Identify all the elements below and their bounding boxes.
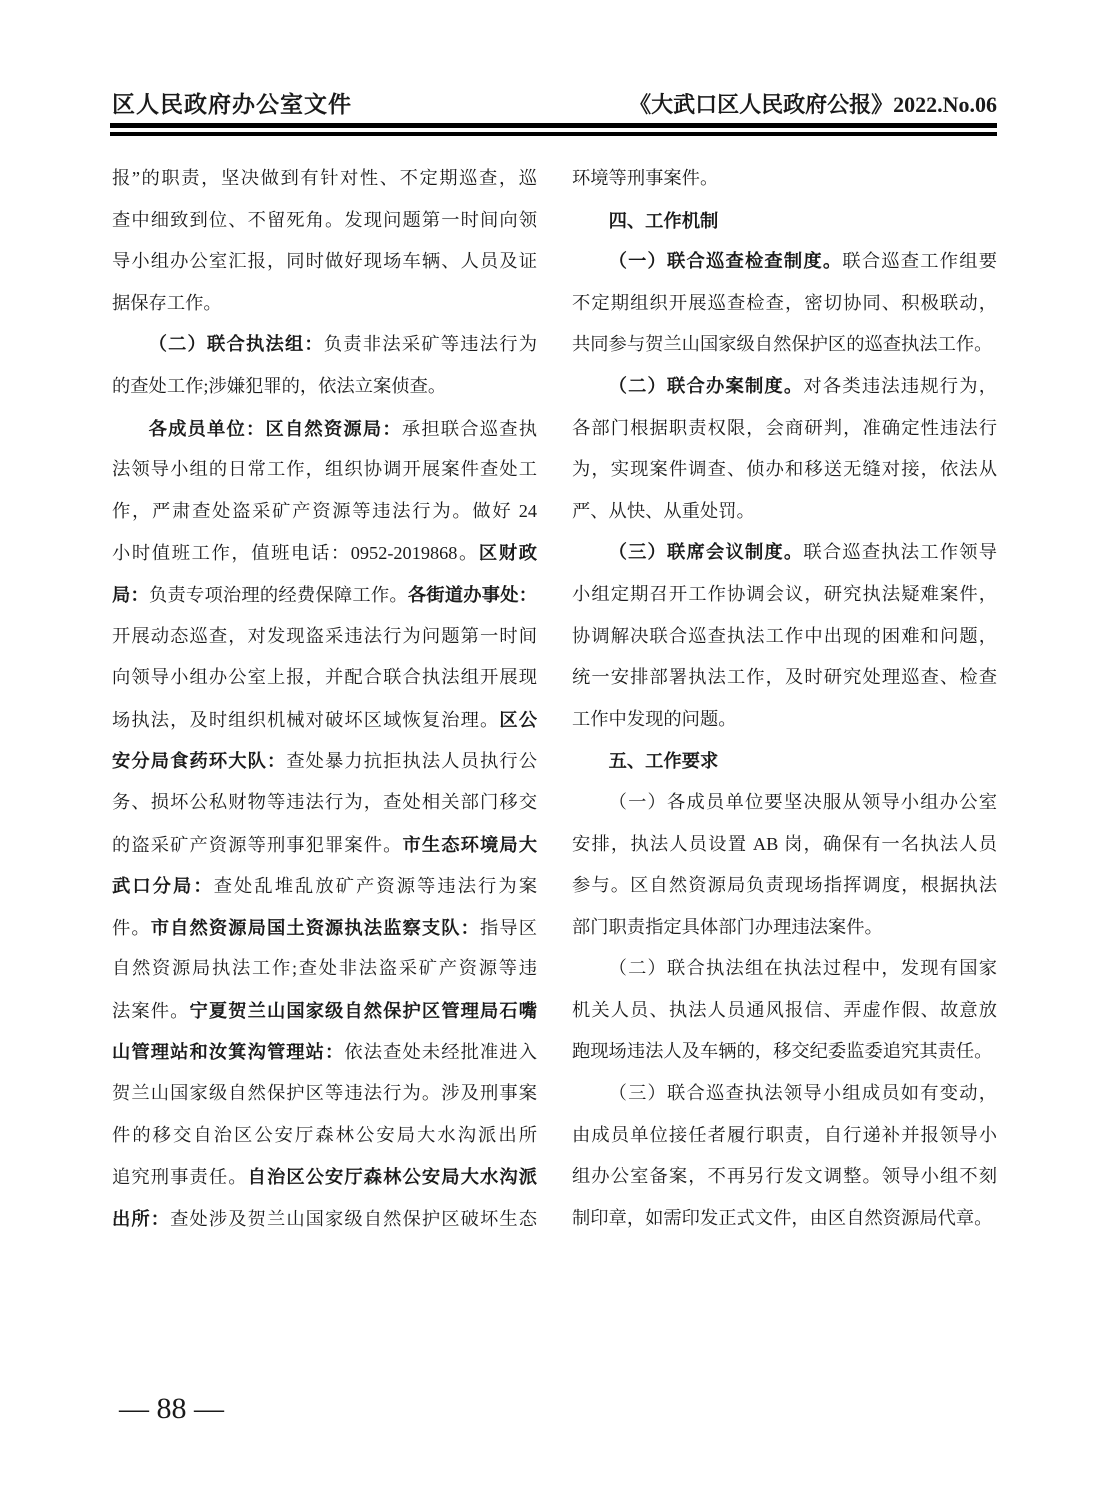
text-run: 法案件。: [112, 1001, 189, 1021]
text-line: 统一安排部署执法工作，及时研究处理巡查、检查: [572, 657, 997, 699]
text-line: 山管理站和汝箕沟管理站：依法查处未经批准进入: [112, 1031, 537, 1073]
text-run: 法领导小组的日常工作，组织协调开展案件查处工: [112, 459, 537, 479]
document-body: 报”的职责，坚决做到有针对性、不定期巡查，巡查中细致到位、不留死角。发现问题第一…: [112, 158, 997, 1239]
text-line: （一）联合巡查检查制度。联合巡查工作组要: [572, 241, 997, 283]
page-footer: — 88 —: [119, 1392, 224, 1426]
emphasis-run: 安分局食药环大队：: [112, 750, 286, 771]
text-run: 查处涉及贺兰山国家级自然保护区破坏生态: [170, 1209, 537, 1229]
text-line: 协调解决联合巡查执法工作中出现的困难和问题，: [572, 616, 997, 658]
text-run: 件。: [112, 918, 151, 938]
text-run: 负责非法采矿等违法行为: [324, 334, 537, 354]
text-line: 的盗采矿产资源等刑事犯罪案件。市生态环境局大: [112, 824, 537, 866]
text-run: 组办公室备案，不再另行发文调整。领导小组不刻: [572, 1166, 997, 1186]
emphasis-run: 四、工作机制: [609, 210, 719, 231]
text-run: 制印章，如需印发正式文件，由区自然资源局代章。: [572, 1208, 992, 1228]
text-run: 自然资源局执法工作;查处非法盗采矿产资源等违: [112, 958, 537, 978]
text-line: 安排，执法人员设置 AB 岗，确保有一名执法人员: [572, 824, 997, 866]
text-run: 工作中发现的问题。: [572, 709, 737, 729]
emphasis-run: 武口分局：: [112, 875, 214, 896]
emphasis-run: 各街道办事处：: [408, 584, 537, 605]
left-column: 报”的职责，坚决做到有针对性、不定期巡查，巡查中细致到位、不留死角。发现问题第一…: [112, 158, 537, 1239]
paragraph: （一）联合巡查检查制度。联合巡查工作组要不定期组织开展巡查检查，密切协同、积极联…: [572, 241, 997, 366]
page-header: 区人民政府办公室文件 《大武口区人民政府公报》2022.No.06: [112, 86, 997, 119]
header-right-gazette-title: 《大武口区人民政府公报》2022.No.06: [629, 88, 997, 119]
emphasis-run: （一）联合巡查检查制度。: [609, 251, 843, 271]
text-run: 安排，执法人员设置 AB 岗，确保有一名执法人员: [572, 834, 997, 854]
text-run: 统一安排部署执法工作，及时研究处理巡查、检查: [572, 667, 997, 687]
text-run: 追究刑事责任。: [112, 1167, 248, 1187]
text-run: 跑现场违法人及车辆的，移交纪委监委追究其责任。: [572, 1041, 992, 1061]
text-run: （三）联合巡查执法领导小组成员如有变动，: [609, 1083, 997, 1103]
emphasis-run: 五、工作要求: [609, 750, 719, 771]
paragraph: （一）各成员单位要坚决服从领导小组办公室安排，执法人员设置 AB 岗，确保有一名…: [572, 782, 997, 948]
text-run: 开展动态巡查，对发现盗采违法行为问题第一时间: [112, 626, 537, 646]
text-line: 各部门根据职责权限，会商研判，准确定性违法行: [572, 408, 997, 450]
text-line: 法案件。宁夏贺兰山国家级自然保护区管理局石嘴: [112, 990, 537, 1032]
text-line: 制印章，如需印发正式文件，由区自然资源局代章。: [572, 1198, 997, 1240]
text-run: 负责专项治理的经费保障工作。: [149, 585, 408, 605]
text-line: 各成员单位：区自然资源局：承担联合巡查执: [112, 408, 537, 450]
text-line: 查中细致到位、不留死角。发现问题第一时间向领: [112, 200, 537, 242]
text-line: 安分局食药环大队：查处暴力抗拒执法人员执行公: [112, 740, 537, 782]
text-run: 的查处工作;涉嫌犯罪的，依法立案侦查。: [112, 376, 446, 396]
emphasis-run: 区公: [499, 709, 537, 730]
right-column: 环境等刑事案件。四、工作机制（一）联合巡查检查制度。联合巡查工作组要不定期组织开…: [572, 158, 997, 1239]
text-run: 参与。区自然资源局负责现场指挥调度，根据执法: [572, 875, 997, 895]
text-line: 机关人员、执法人员通风报信、弄虚作假、故意放: [572, 990, 997, 1032]
text-run: 依法查处未经批准进入: [344, 1042, 537, 1062]
text-run: 承担联合巡查执: [402, 419, 537, 439]
text-run: 小时值班工作，值班电话：0952-2019868。: [112, 543, 479, 563]
text-run: 由成员单位接任者履行职责，自行递补并报领导小: [572, 1125, 997, 1145]
text-run: 不定期组织开展巡查检查，密切协同、积极联动，: [572, 293, 997, 313]
text-line: 小时值班工作，值班电话：0952-2019868。区财政: [112, 532, 537, 574]
text-run: 各部门根据职责权限，会商研判，准确定性违法行: [572, 418, 997, 438]
text-run: 部门职责指定具体部门办理违法案件。: [572, 917, 883, 937]
text-line: 件。市自然资源局国土资源执法监察支队：指导区: [112, 907, 537, 949]
emphasis-run: 山管理站和汝箕沟管理站：: [112, 1041, 344, 1062]
text-line: 由成员单位接任者履行职责，自行递补并报领导小: [572, 1115, 997, 1157]
page-number: — 88 —: [119, 1392, 224, 1425]
text-run: 导小组办公室汇报，同时做好现场车辆、人员及证: [112, 251, 537, 271]
paragraph: （二）联合执法组在执法过程中，发现有国家机关人员、执法人员通风报信、弄虚作假、故…: [572, 948, 997, 1073]
paragraph: 环境等刑事案件。: [572, 158, 997, 200]
text-line: 共同参与贺兰山国家级自然保护区的巡查执法工作。: [572, 324, 997, 366]
text-run: 报”的职责，坚决做到有针对性、不定期巡查，巡: [112, 168, 537, 188]
paragraph: （二）联合执法组：负责非法采矿等违法行为的查处工作;涉嫌犯罪的，依法立案侦查。: [112, 324, 537, 407]
text-line: 部门职责指定具体部门办理违法案件。: [572, 907, 997, 949]
text-run: 小组定期召开工作协调会议，研究执法疑难案件，: [572, 584, 997, 604]
text-line: 法领导小组的日常工作，组织协调开展案件查处工: [112, 449, 537, 491]
paragraph: 四、工作机制: [572, 200, 997, 242]
text-run: （二）联合执法组在执法过程中，发现有国家: [609, 958, 997, 978]
text-line: 件的移交自治区公安厅森林公安局大水沟派出所: [112, 1115, 537, 1157]
text-line: 作，严肃查处盗采矿产资源等违法行为。做好 24: [112, 491, 537, 533]
text-run: 向领导小组办公室上报，并配合联合执法组开展现: [112, 667, 537, 687]
text-run: 联合巡查执法工作领导: [803, 542, 997, 562]
text-run: 对各类违法违规行为，: [803, 376, 997, 396]
text-run: 场执法，及时组织机械对破坏区域恢复治理。: [112, 710, 499, 730]
text-line: 场执法，及时组织机械对破坏区域恢复治理。区公: [112, 699, 537, 741]
text-line: 严、从快、从重处罚。: [572, 491, 997, 533]
text-run: 联合巡查工作组要: [842, 251, 997, 271]
text-run: 机关人员、执法人员通风报信、弄虚作假、故意放: [572, 1000, 997, 1020]
paragraph: 各成员单位：区自然资源局：承担联合巡查执法领导小组的日常工作，组织协调开展案件查…: [112, 408, 537, 1240]
text-line: 追究刑事责任。自治区公安厅森林公安局大水沟派: [112, 1156, 537, 1198]
text-run: 共同参与贺兰山国家级自然保护区的巡查执法工作。: [572, 334, 992, 354]
paragraph: 报”的职责，坚决做到有针对性、不定期巡查，巡查中细致到位、不留死角。发现问题第一…: [112, 158, 537, 324]
text-run: 为，实现案件调查、侦办和移送无缝对接，依法从: [572, 459, 997, 479]
paragraph: 五、工作要求: [572, 740, 997, 782]
text-line: 自然资源局执法工作;查处非法盗采矿产资源等违: [112, 948, 537, 990]
text-line: 环境等刑事案件。: [572, 158, 997, 200]
header-left-title: 区人民政府办公室文件: [112, 86, 352, 119]
text-line: 据保存工作。: [112, 283, 537, 325]
text-run: 据保存工作。: [112, 293, 222, 313]
emphasis-run: （三）联席会议制度。: [609, 542, 804, 562]
text-line: 五、工作要求: [572, 740, 997, 782]
paragraph: （三）联合巡查执法领导小组成员如有变动，由成员单位接任者履行职责，自行递补并报领…: [572, 1073, 997, 1239]
text-run: 严、从快、从重处罚。: [572, 501, 755, 521]
text-run: 查中细致到位、不留死角。发现问题第一时间向领: [112, 210, 537, 230]
emphasis-run: 宁夏贺兰山国家级自然保护区管理局石嘴: [189, 1000, 537, 1021]
text-run: 贺兰山国家级自然保护区等违法行为。涉及刑事案: [112, 1083, 537, 1103]
text-line: 的查处工作;涉嫌犯罪的，依法立案侦查。: [112, 366, 537, 408]
text-line: 四、工作机制: [572, 200, 997, 242]
text-line: 贺兰山国家级自然保护区等违法行为。涉及刑事案: [112, 1073, 537, 1115]
text-line: 组办公室备案，不再另行发文调整。领导小组不刻: [572, 1156, 997, 1198]
paragraph: （二）联合办案制度。对各类违法违规行为，各部门根据职责权限，会商研判，准确定性违…: [572, 366, 997, 532]
emphasis-run: 各成员单位：区自然资源局：: [149, 418, 402, 439]
text-line: （二）联合执法组在执法过程中，发现有国家: [572, 948, 997, 990]
text-run: 协调解决联合巡查执法工作中出现的困难和问题，: [572, 626, 997, 646]
document-page: 区人民政府办公室文件 《大武口区人民政府公报》2022.No.06 报”的职责，…: [0, 0, 1105, 1489]
text-line: 报”的职责，坚决做到有针对性、不定期巡查，巡: [112, 158, 537, 200]
text-line: 向领导小组办公室上报，并配合联合执法组开展现: [112, 657, 537, 699]
text-run: 查处乱堆乱放矿产资源等违法行为案: [214, 876, 537, 896]
text-line: （二）联合办案制度。对各类违法违规行为，: [572, 366, 997, 408]
text-run: 环境等刑事案件。: [572, 168, 718, 188]
text-line: 工作中发现的问题。: [572, 699, 997, 741]
text-run: 务、损坏公私财物等违法行为，查处相关部门移交: [112, 792, 537, 812]
text-line: 导小组办公室汇报，同时做好现场车辆、人员及证: [112, 241, 537, 283]
emphasis-run: 出所：: [112, 1208, 170, 1229]
text-run: （一）各成员单位要坚决服从领导小组办公室: [609, 792, 997, 812]
text-line: 为，实现案件调查、侦办和移送无缝对接，依法从: [572, 449, 997, 491]
text-run: 件的移交自治区公安厅森林公安局大水沟派出所: [112, 1125, 537, 1145]
text-line: （三）联席会议制度。联合巡查执法工作领导: [572, 532, 997, 574]
paragraph: （三）联席会议制度。联合巡查执法工作领导小组定期召开工作协调会议，研究执法疑难案…: [572, 532, 997, 740]
header-double-rule: [110, 123, 997, 136]
text-run: 的盗采矿产资源等刑事犯罪案件。: [112, 835, 403, 855]
emphasis-run: （二）联合办案制度。: [609, 376, 804, 396]
text-line: 务、损坏公私财物等违法行为，查处相关部门移交: [112, 782, 537, 824]
text-run: 查处暴力抗拒执法人员执行公: [286, 751, 537, 771]
text-line: 跑现场违法人及车辆的，移交纪委监委追究其责任。: [572, 1031, 997, 1073]
text-line: 武口分局：查处乱堆乱放矿产资源等违法行为案: [112, 865, 537, 907]
text-line: 开展动态巡查，对发现盗采违法行为问题第一时间: [112, 616, 537, 658]
text-line: （二）联合执法组：负责非法采矿等违法行为: [112, 324, 537, 366]
emphasis-run: 局：: [112, 584, 149, 605]
text-line: （一）各成员单位要坚决服从领导小组办公室: [572, 782, 997, 824]
text-run: 作，严肃查处盗采矿产资源等违法行为。做好 24: [112, 501, 537, 521]
text-line: （三）联合巡查执法领导小组成员如有变动，: [572, 1073, 997, 1115]
emphasis-run: 市自然资源局国土资源执法监察支队：: [151, 917, 480, 938]
emphasis-run: 区财政: [479, 542, 537, 563]
text-line: 参与。区自然资源局负责现场指挥调度，根据执法: [572, 865, 997, 907]
emphasis-run: 市生态环境局大: [403, 834, 538, 855]
text-line: 局：负责专项治理的经费保障工作。各街道办事处：: [112, 574, 537, 616]
text-line: 小组定期召开工作协调会议，研究执法疑难案件，: [572, 574, 997, 616]
emphasis-run: （二）联合执法组：: [149, 334, 324, 354]
text-line: 出所：查处涉及贺兰山国家级自然保护区破坏生态: [112, 1198, 537, 1240]
text-run: 指导区: [480, 918, 537, 938]
emphasis-run: 自治区公安厅森林公安局大水沟派: [248, 1166, 537, 1187]
text-line: 不定期组织开展巡查检查，密切协同、积极联动，: [572, 283, 997, 325]
